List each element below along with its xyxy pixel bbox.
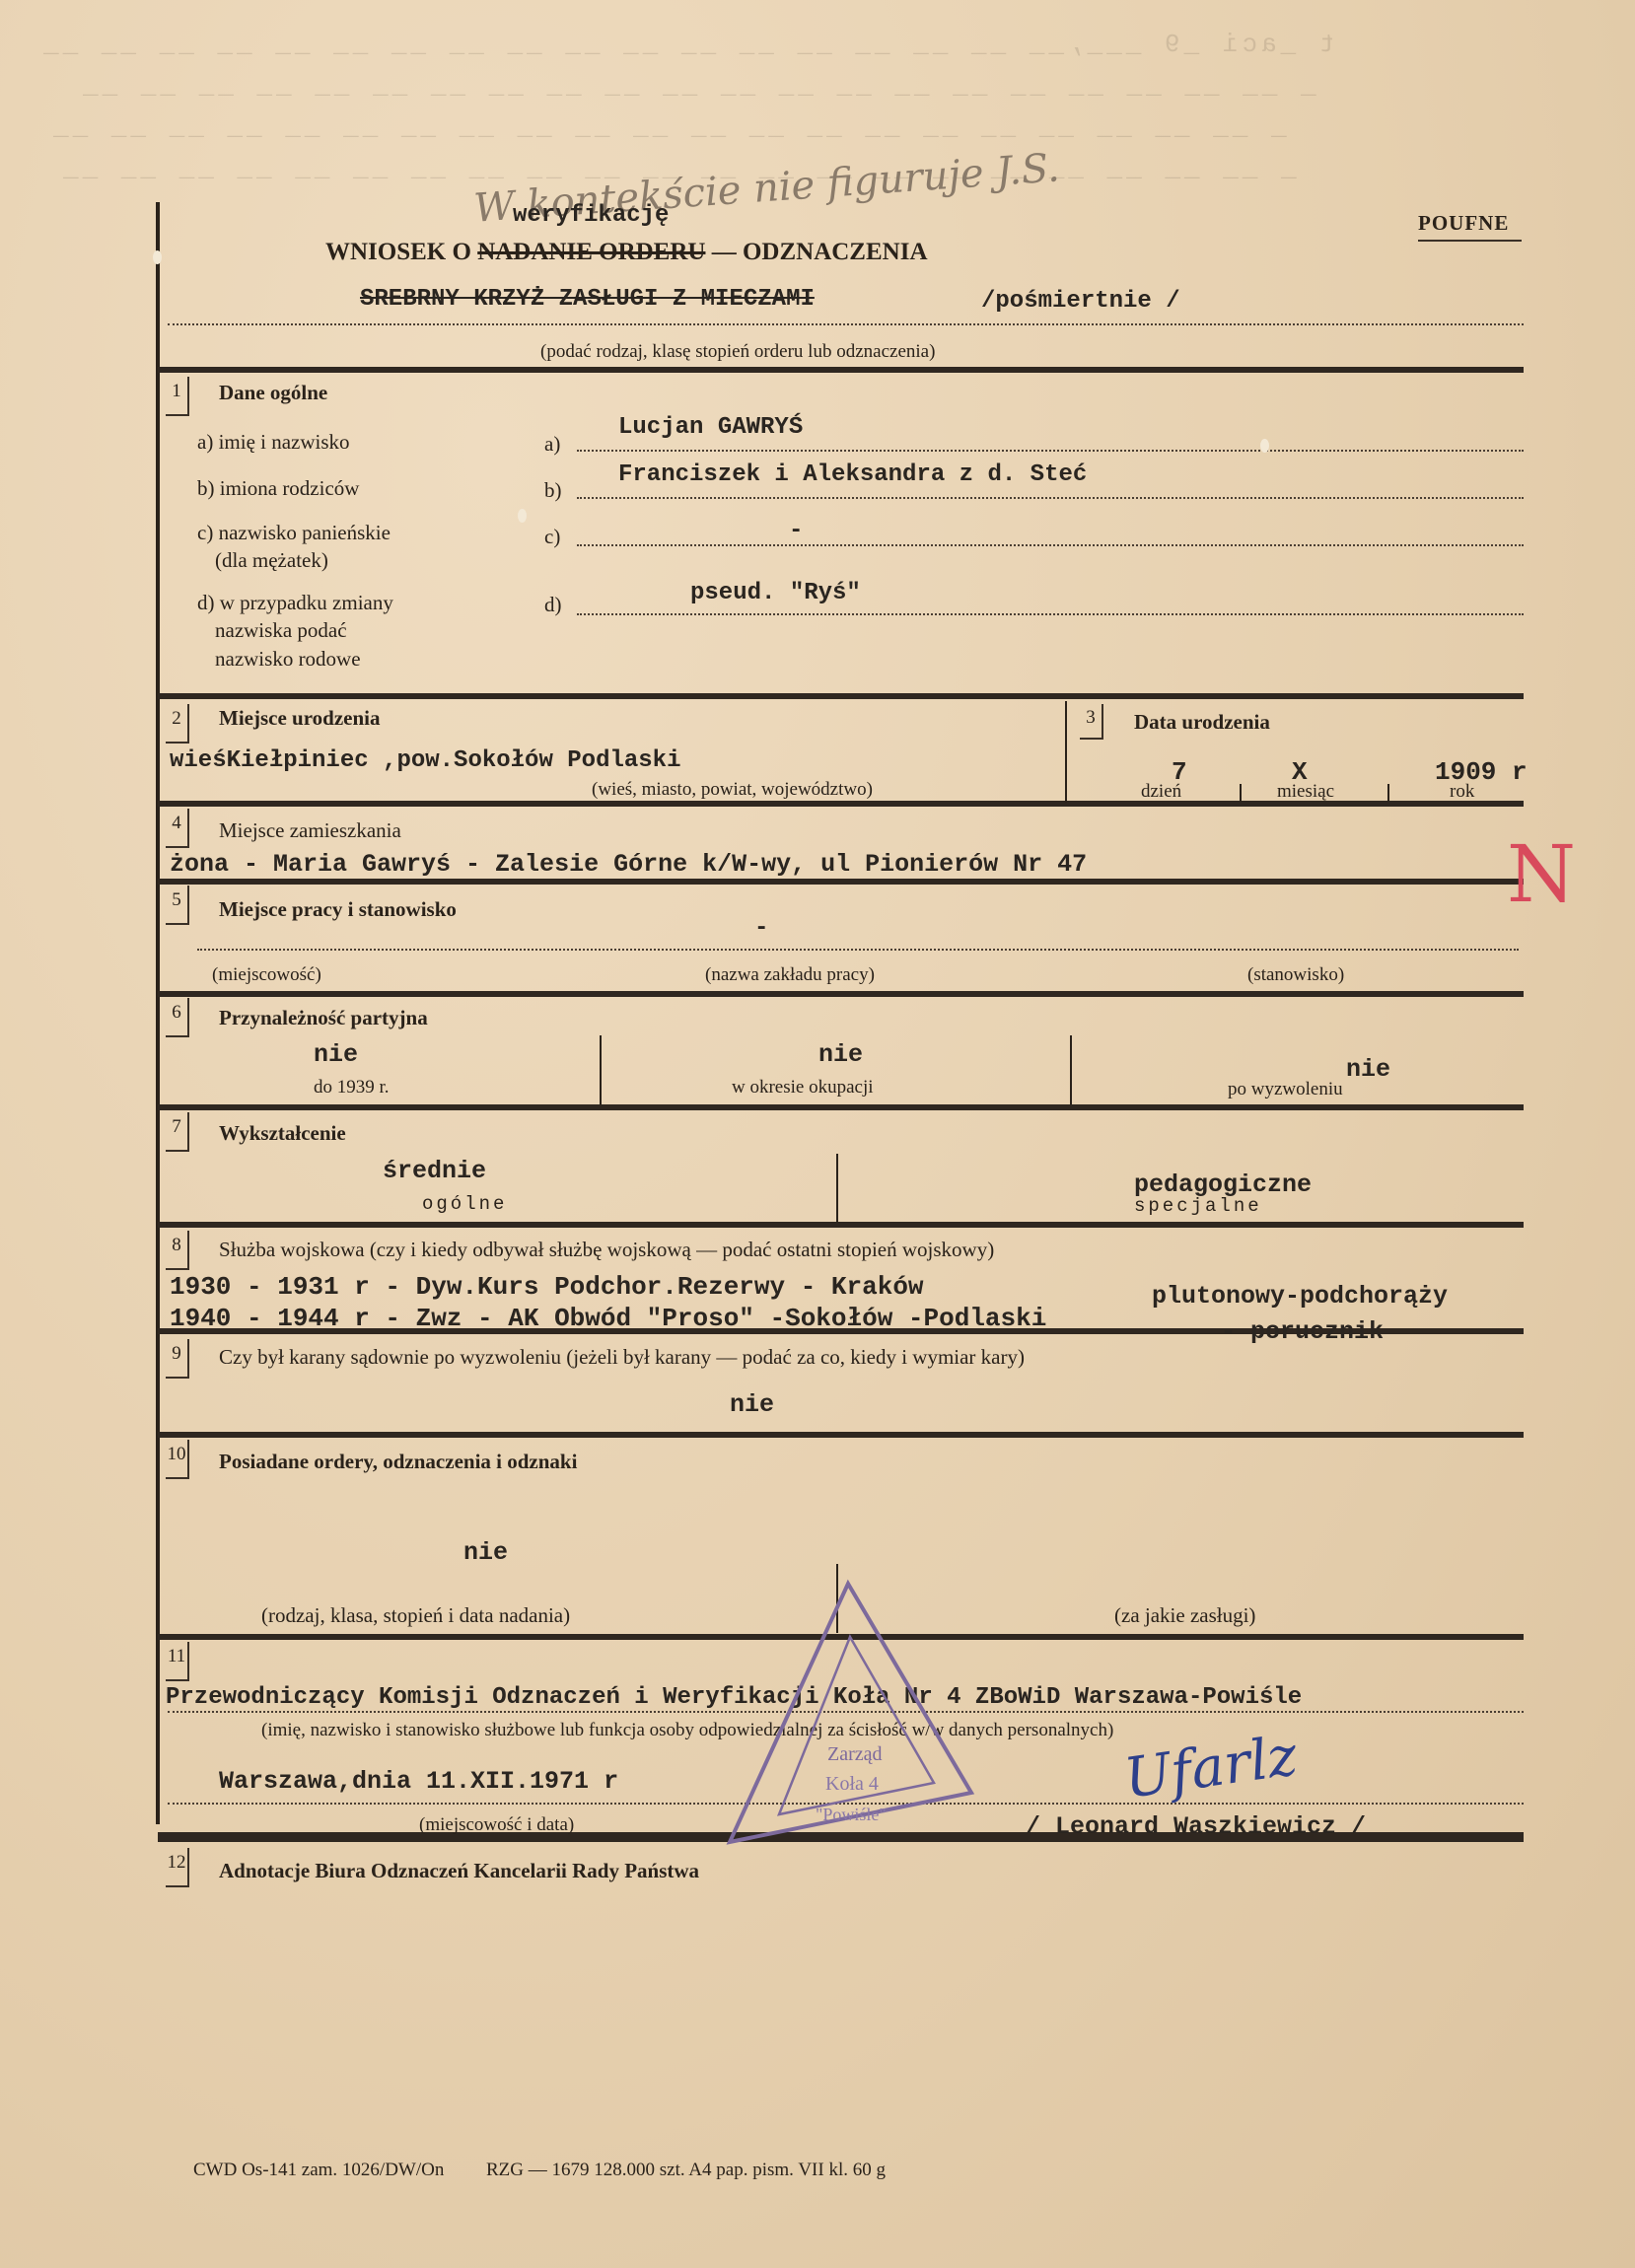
column-divider xyxy=(836,1154,838,1223)
field-label-maiden-name: c) nazwisko panieńskie xyxy=(197,521,391,545)
section-number: 6 xyxy=(166,998,189,1037)
section-title: Data urodzenia xyxy=(1134,710,1270,735)
pseudonym-value: pseud. "Ryś" xyxy=(690,580,861,606)
birth-year-caption: rok xyxy=(1450,781,1474,803)
classification-label: POUFNE xyxy=(1418,211,1509,236)
awards-held-value: nie xyxy=(463,1538,508,1567)
field-label-maiden-name-note: (dla mężatek) xyxy=(215,548,328,573)
dotted-line xyxy=(577,450,1524,452)
education-general-caption: ogólne xyxy=(422,1193,507,1215)
section-title: Służba wojskowa (czy i kiedy odbywał słu… xyxy=(219,1238,994,1262)
section-number: 5 xyxy=(166,886,189,925)
party-occupation-caption: w okresie okupacji xyxy=(732,1077,874,1099)
separator xyxy=(158,1432,1524,1438)
section-number: 10 xyxy=(166,1440,189,1479)
separator xyxy=(158,367,1524,373)
section-title: Dane ogólne xyxy=(219,381,327,405)
education-specialized-caption: specjalne xyxy=(1134,1195,1262,1217)
section-number: 8 xyxy=(166,1231,189,1270)
form-title: WNIOSEK O NADANIE ORDERU — ODZNACZENIA xyxy=(325,239,928,266)
column-divider xyxy=(1065,701,1067,803)
place-and-date-value: Warszawa,dnia 11.XII.1971 r xyxy=(219,1767,618,1796)
workplace-caption-position: (stanowisko) xyxy=(1247,964,1344,986)
column-divider xyxy=(600,1035,602,1104)
section-title: Miejsce urodzenia xyxy=(219,706,381,731)
section-number: 9 xyxy=(166,1339,189,1379)
separator xyxy=(158,991,1524,997)
birthplace-caption: (wieś, miasto, powiat, województwo) xyxy=(592,779,873,801)
dotted-line xyxy=(577,497,1524,499)
field-marker: a) xyxy=(544,432,560,457)
workplace-value: - xyxy=(754,915,768,942)
organization-stamp: Zarząd Koła 4 "Powiśle" xyxy=(725,1576,981,1852)
section-title: Miejsce pracy i stanowisko xyxy=(219,897,457,922)
place-and-date-caption: (miejscowość i data) xyxy=(419,1814,574,1836)
workplace-caption-company: (nazwa zakładu pracy) xyxy=(705,964,875,986)
column-divider xyxy=(1070,1035,1072,1104)
punch-hole xyxy=(518,509,527,523)
award-name: SREBRNY KRZYŻ ZASŁUGI Z MIECZAMI xyxy=(360,286,815,313)
section-number: 12 xyxy=(166,1848,189,1887)
section-title: Miejsce zamieszkania xyxy=(219,818,401,843)
field-marker: b) xyxy=(544,478,562,503)
stamp-text-circle: Koła 4 xyxy=(825,1773,879,1796)
title-prefix: WNIOSEK O xyxy=(325,239,471,265)
military-service-line-1: 1930 - 1931 r - Dyw.Kurs Podchor.Rezerwy… xyxy=(170,1272,924,1302)
stamp-text-board: Zarząd xyxy=(827,1743,883,1766)
field-label-name-change-3: nazwisko rodowe xyxy=(215,647,361,672)
field-marker: d) xyxy=(544,593,562,617)
section-number: 11 xyxy=(166,1642,189,1681)
awards-caption-type: (rodzaj, klasa, stopień i data nadania) xyxy=(261,1603,570,1628)
field-label-parents: b) imiona rodziców xyxy=(197,476,359,501)
separator xyxy=(158,693,1524,699)
workplace-caption-locality: (miejscowość) xyxy=(212,964,321,986)
section-number: 1 xyxy=(166,377,189,416)
column-divider xyxy=(1240,784,1242,802)
section-title: Czy był karany sądownie po wyzwoleniu (j… xyxy=(219,1345,1025,1370)
bleed-through-text: t _aci _9 ___,__ __ __ __ __ __ __ __ __… xyxy=(39,30,1334,59)
dotted-line xyxy=(197,949,1519,951)
title-struck-text: NADANIE ORDERU xyxy=(477,239,705,265)
field-label-name-change-2: nazwiska podać xyxy=(215,618,347,643)
field-label-name: a) imię i nazwisko xyxy=(197,430,350,455)
party-liberation-caption: po wyzwoleniu xyxy=(1228,1079,1343,1100)
residence-value: żona - Maria Gawryś - Zalesie Górne k/W-… xyxy=(170,850,1087,879)
section-title: Adnotacje Biura Odznaczeń Kancelarii Rad… xyxy=(219,1859,699,1883)
punch-hole xyxy=(153,250,162,264)
form-left-border xyxy=(156,202,160,1824)
print-code-left: CWD Os-141 zam. 1026/DW/On xyxy=(193,2160,444,2181)
section-title: Posiadane ordery, odznaczenia i odznaki xyxy=(219,1450,577,1474)
section-number: 2 xyxy=(166,704,189,744)
section-title: Wykształcenie xyxy=(219,1121,346,1146)
party-before-1939-value: nie xyxy=(314,1040,358,1069)
separator xyxy=(158,1104,1524,1110)
party-occupation-value: nie xyxy=(818,1040,863,1069)
bleed-through-text: _ __ __ __ __ __ __ __ __ __ __ __ __ __… xyxy=(79,71,1316,101)
punch-hole xyxy=(1260,439,1269,453)
column-divider xyxy=(1387,784,1389,802)
military-rank-1: plutonowy-podchorąży xyxy=(1152,1282,1448,1311)
bleed-through-text: _ __ __ __ __ __ __ __ __ __ __ __ __ __… xyxy=(49,112,1287,142)
responsible-person-caption: (imię, nazwisko i stanowisko służbowe lu… xyxy=(261,1720,1113,1741)
military-rank-2: - porucznik xyxy=(1221,1317,1384,1346)
title-insert-word: weryfikację xyxy=(513,202,669,229)
birth-day-caption: dzień xyxy=(1141,781,1181,803)
birth-month-caption: miesiąc xyxy=(1277,781,1334,803)
separator xyxy=(158,1222,1524,1228)
section-number: 7 xyxy=(166,1112,189,1152)
field-marker: c) xyxy=(544,525,560,549)
awards-caption-merit: (za jakie zasługi) xyxy=(1114,1603,1255,1628)
party-before-1939-caption: do 1939 r. xyxy=(314,1077,390,1099)
title-suffix: — ODZNACZENIA xyxy=(712,239,928,265)
section-number: 3 xyxy=(1080,704,1103,740)
section-number: 4 xyxy=(166,809,189,848)
section-title: Przynależność partyjna xyxy=(219,1006,428,1030)
field-label-name-change: d) w przypadku zmiany xyxy=(197,591,393,615)
birthplace-value: wieśKiełpiniec ,pow.Sokołów Podlaski xyxy=(170,747,680,774)
military-service-line-2: 1940 - 1944 r - Zwz - AK Obwód "Proso" -… xyxy=(170,1304,1046,1333)
dotted-line xyxy=(577,613,1524,615)
signatory-name: / Leonard Waszkiewicz / xyxy=(1026,1812,1366,1841)
criminal-record-value: nie xyxy=(730,1390,774,1419)
parents-names-value: Franciszek i Aleksandra z d. Steć xyxy=(618,461,1087,488)
party-liberation-value: nie xyxy=(1346,1055,1390,1084)
full-name-value: Lucjan GAWRYŚ xyxy=(618,414,803,441)
print-code-right: RZG — 1679 128.000 szt. A4 pap. pism. VI… xyxy=(486,2160,886,2181)
separator xyxy=(158,879,1524,885)
education-general-value: średnie xyxy=(383,1157,486,1185)
maiden-name-value: - xyxy=(789,518,803,544)
dotted-line xyxy=(577,544,1524,546)
stamp-text-district: "Powiśle" xyxy=(816,1805,887,1825)
red-margin-mark: N xyxy=(1507,828,1576,920)
classification-underline xyxy=(1418,240,1522,242)
award-posthumous-note: /pośmiertnie / xyxy=(981,288,1180,315)
award-caption: (podać rodzaj, klasę stopień orderu lub … xyxy=(540,341,935,363)
award-dotted-line xyxy=(168,323,1524,325)
